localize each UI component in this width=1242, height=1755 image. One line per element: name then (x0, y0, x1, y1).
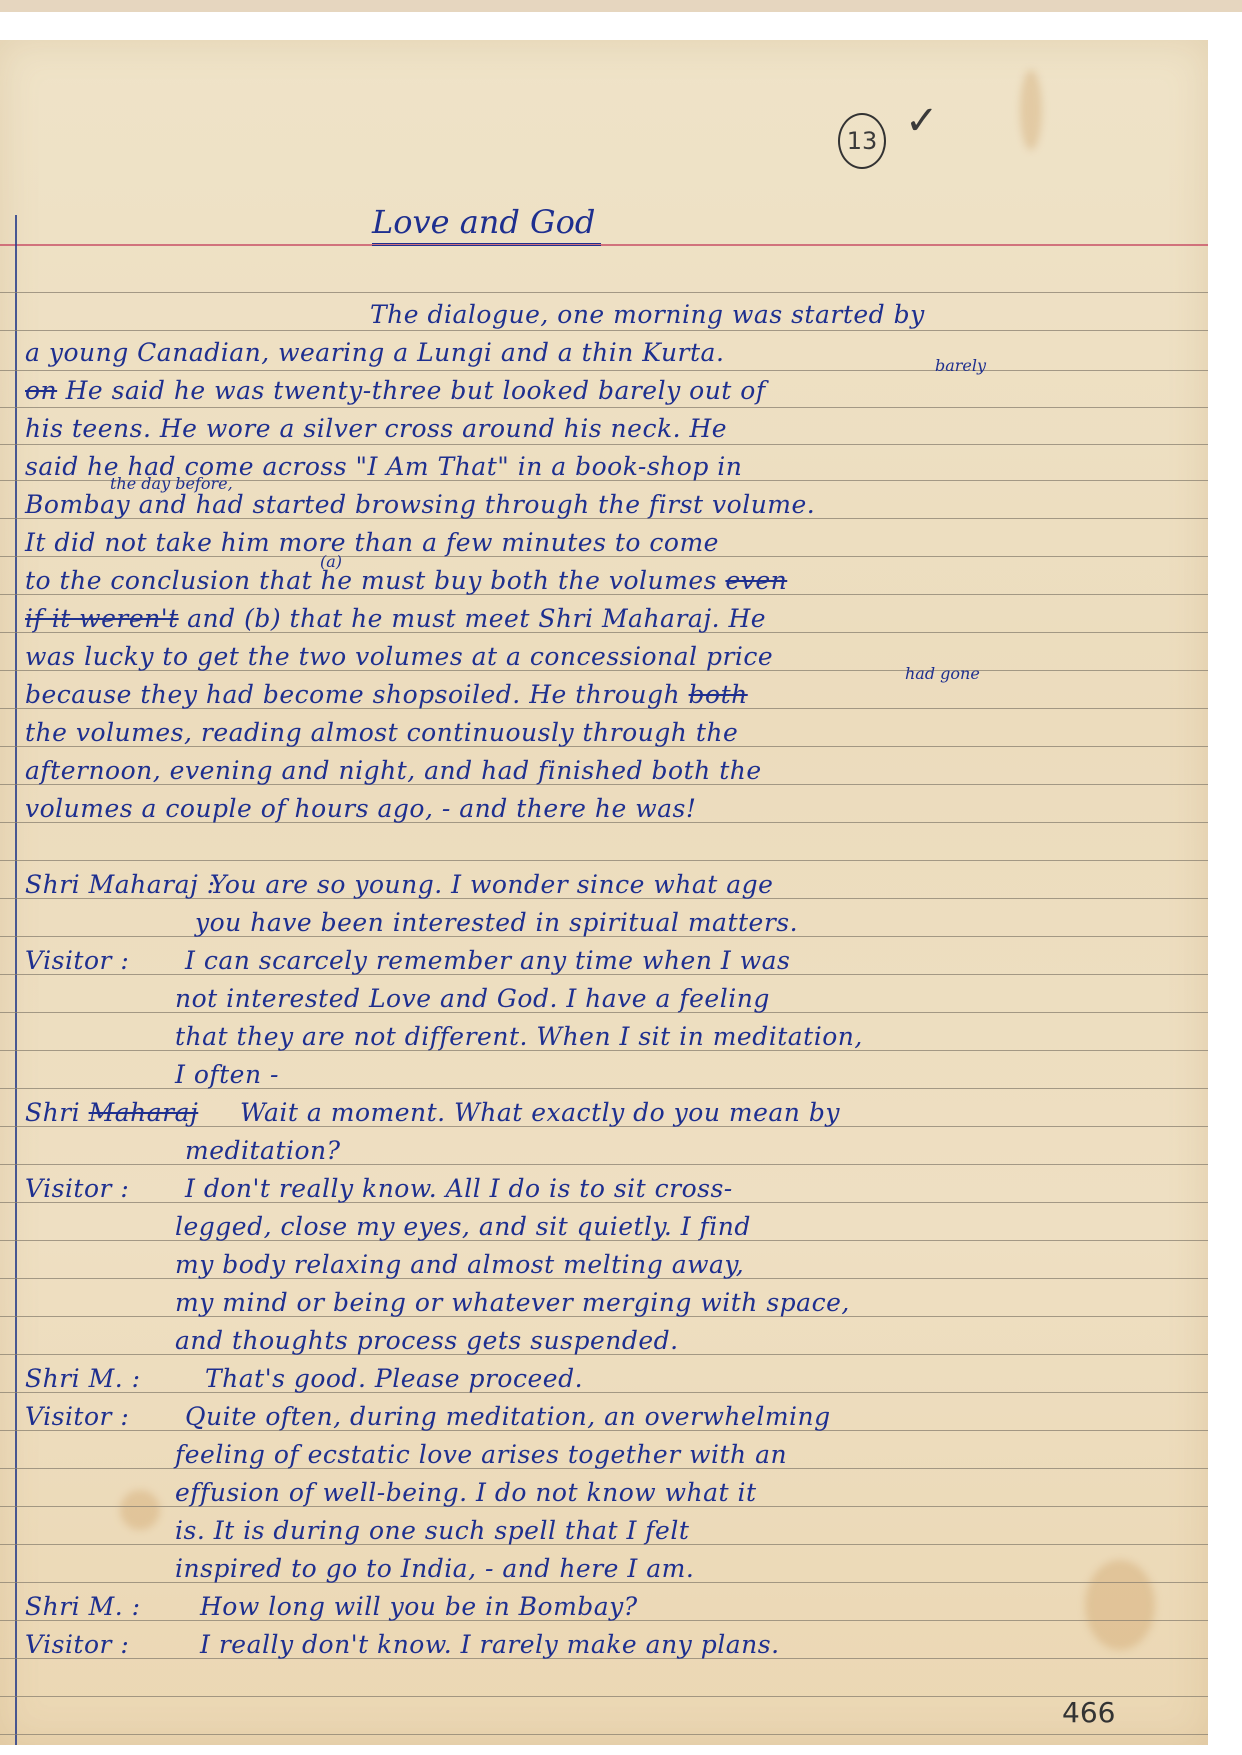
dialogue-line: my mind or being or whatever merging wit… (175, 1288, 850, 1317)
stain (120, 1490, 160, 1530)
ruled-line (0, 860, 1208, 861)
dialogue-line: you have been interested in spiritual ma… (195, 908, 798, 937)
ruled-line (0, 444, 1208, 445)
dialogue-line: my body relaxing and almost melting away… (175, 1250, 744, 1279)
page-number: 466 (1062, 1696, 1115, 1729)
insertion-had-gone: had gone (905, 664, 980, 683)
ruled-line (0, 1734, 1208, 1735)
dialogue-line: I can scarcely remember any time when I … (185, 946, 790, 975)
dialogue-line: I don't really know. All I do is to sit … (185, 1174, 733, 1203)
narrative-line: a young Canadian, wearing a Lungi and a … (25, 338, 724, 367)
dialogue-line: effusion of well-being. I do not know wh… (175, 1478, 757, 1507)
ruled-line (0, 1392, 1208, 1393)
narrative-line: Bombay and had started browsing through … (25, 490, 815, 519)
narrative-line: if it weren't and (b) that he must meet … (25, 604, 766, 633)
speaker-label: Visitor : (25, 1630, 129, 1659)
stain (1020, 70, 1042, 150)
page-marker-circle: 13 (838, 113, 886, 169)
ruled-line (0, 1696, 1208, 1697)
dialogue-line: Wait a moment. What exactly do you mean … (240, 1098, 840, 1127)
dialogue-line: I often - (175, 1060, 279, 1089)
page-marker: 13 (847, 127, 878, 155)
narrative-line: the volumes, reading almost continuously… (25, 718, 738, 747)
dialogue-line: How long will you be in Bombay? (200, 1592, 638, 1621)
check-mark-icon: ✓ (905, 98, 939, 144)
narrative-line: because they had become shopsoiled. He t… (25, 680, 748, 709)
insertion-barely: barely (935, 356, 986, 375)
dialogue-line: Quite often, during meditation, an overw… (185, 1402, 831, 1431)
dialogue-line: not interested Love and God. I have a fe… (175, 984, 770, 1013)
dialogue-line: and thoughts process gets suspended. (175, 1326, 679, 1355)
ruled-line (0, 292, 1208, 293)
dialogue-line: legged, close my eyes, and sit quietly. … (175, 1212, 751, 1241)
dialogue-line: is. It is during one such spell that I f… (175, 1516, 689, 1545)
dialogue-line: that they are not different. When I sit … (175, 1022, 863, 1051)
dialogue-line: I really don't know. I rarely make any p… (200, 1630, 780, 1659)
top-band (0, 0, 1242, 12)
narrative-line: his teens. He wore a silver cross around… (25, 414, 727, 443)
stain (1085, 1560, 1155, 1650)
ruled-line (0, 330, 1208, 331)
dialogue-line: inspired to go to India, - and here I am… (175, 1554, 694, 1583)
ruled-line (0, 370, 1208, 371)
dialogue-line: That's good. Please proceed. (205, 1364, 583, 1393)
speaker-label: Shri M. : (25, 1364, 141, 1393)
red-margin-line (0, 244, 1208, 246)
dialogue-line: You are so young. I wonder since what ag… (210, 870, 773, 899)
speaker-label: Visitor : (25, 1174, 129, 1203)
narrative-line: volumes a couple of hours ago, - and the… (25, 794, 696, 823)
ruled-line (0, 1164, 1208, 1165)
narrative-line: afternoon, evening and night, and had fi… (25, 756, 762, 785)
narrative-line: on He said he was twenty-three but looke… (25, 376, 766, 405)
narrative-line: was lucky to get the two volumes at a co… (25, 642, 773, 671)
narrative-line: It did not take him more than a few minu… (25, 528, 719, 557)
dialogue-line: meditation? (185, 1136, 341, 1165)
page-title: Love and God (372, 203, 601, 246)
dialogue-line: feeling of ecstatic love arises together… (175, 1440, 787, 1469)
speaker-label: Shri M. : (25, 1592, 141, 1621)
speaker-label: Visitor : (25, 946, 129, 975)
narrative-line: The dialogue, one morning was started by (370, 300, 925, 329)
speaker-label: Visitor : (25, 1402, 129, 1431)
speaker-label: Shri Maharaj (25, 1098, 198, 1127)
narrative-line: to the conclusion that he must buy both … (25, 566, 787, 595)
speaker-label: Shri Maharaj : (25, 870, 216, 899)
ruled-line (0, 407, 1208, 408)
